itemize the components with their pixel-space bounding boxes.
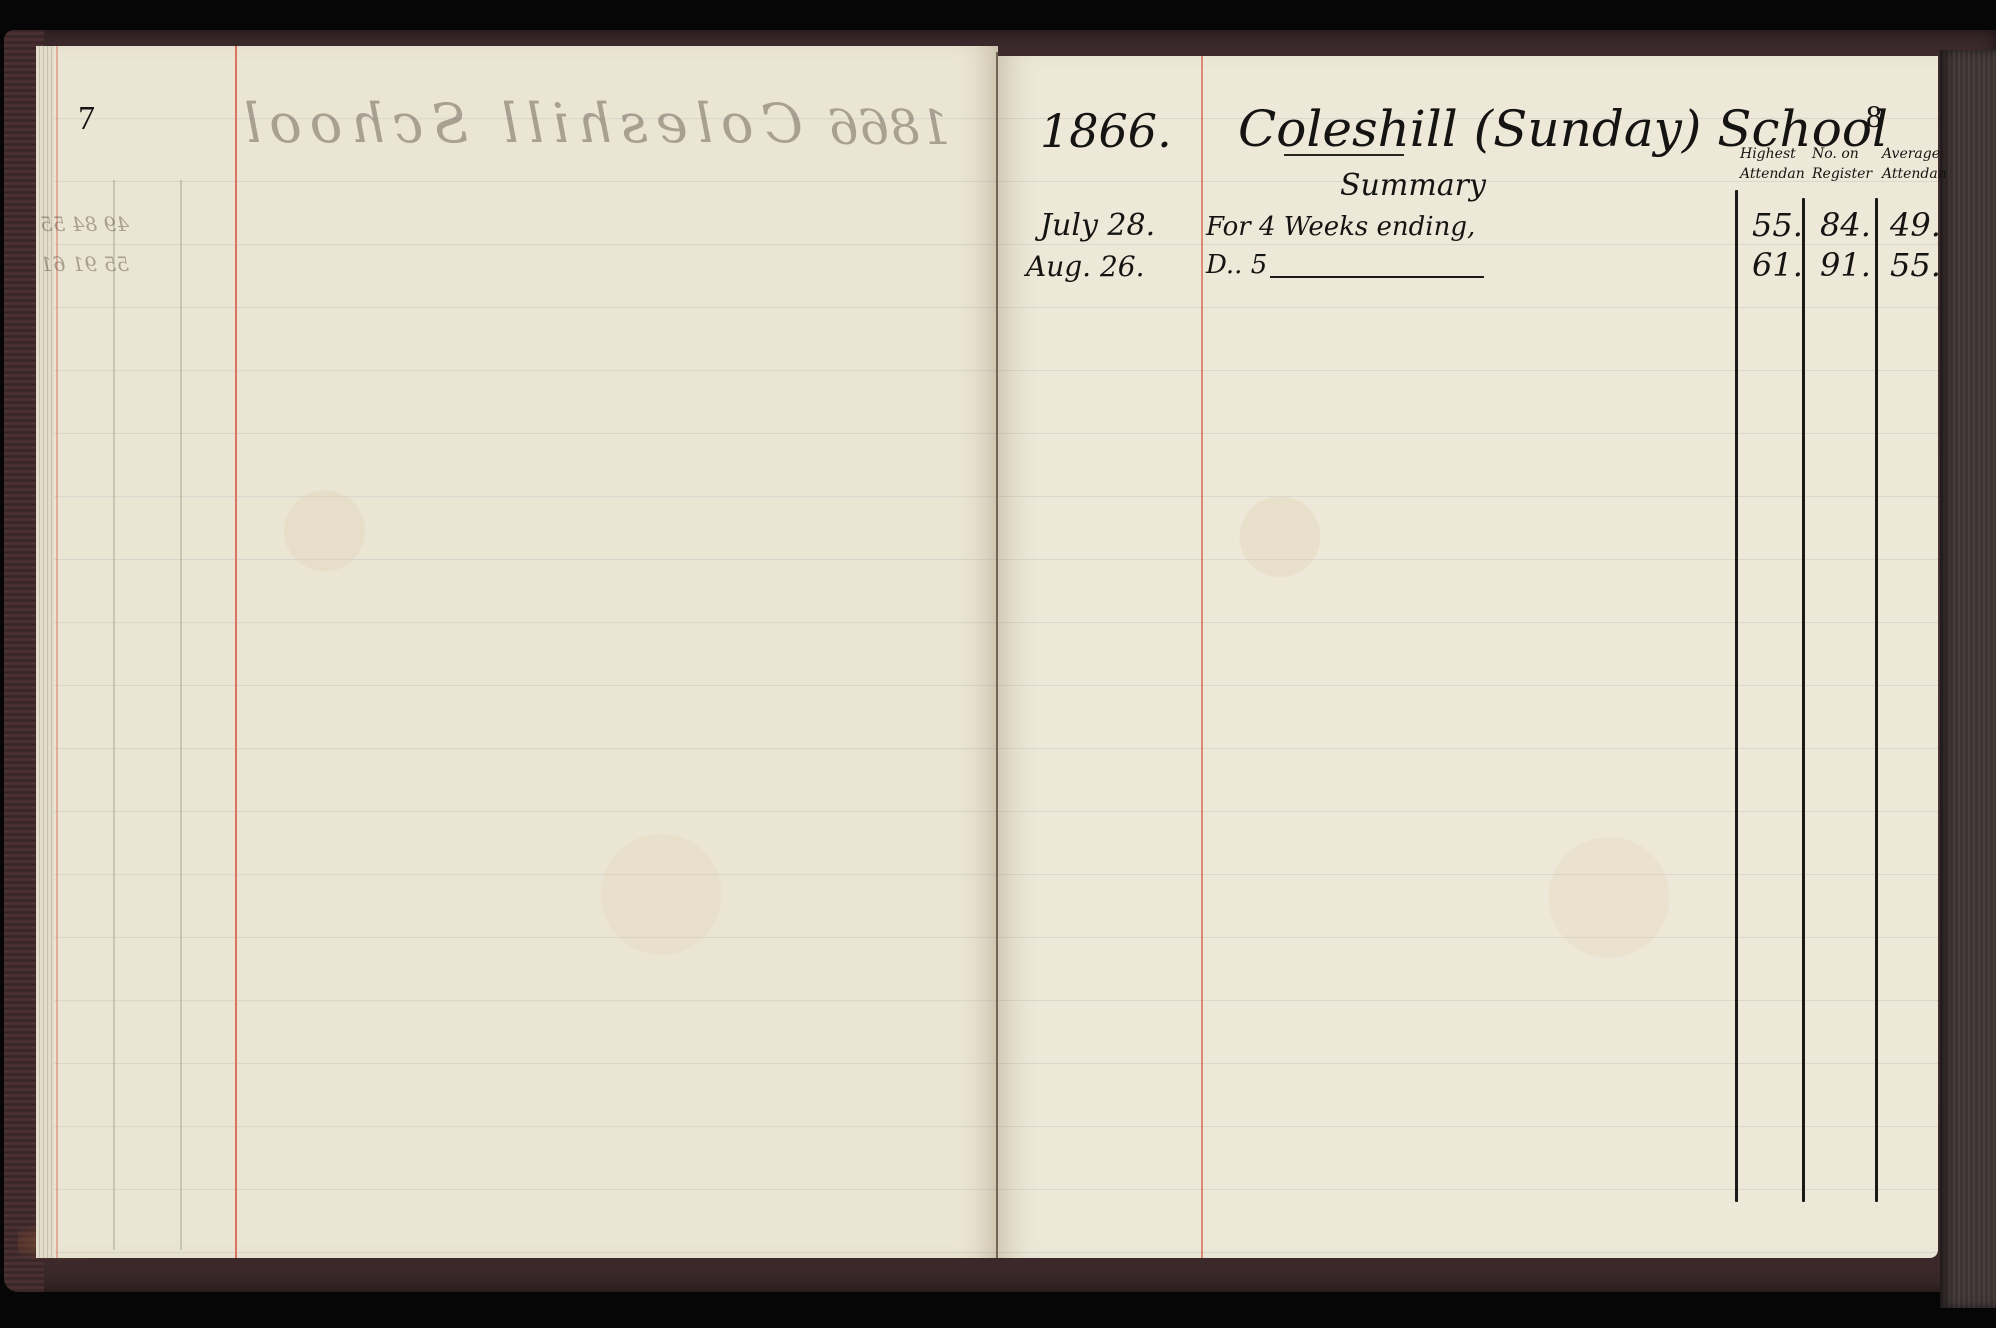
cover-right-edge xyxy=(1940,50,1996,1308)
book-gutter xyxy=(996,52,998,1258)
column-header-highest-line2: Attendan xyxy=(1740,166,1805,182)
column-header-average: Average Attendan xyxy=(1882,146,1947,182)
column-header-average-line2: Attendan xyxy=(1882,166,1947,182)
ghost-column-rule xyxy=(180,180,182,1250)
row-description: D.. 5 xyxy=(1206,250,1267,280)
row-highest-attendance: 55. xyxy=(1752,206,1803,244)
row-average-attendance: 55. xyxy=(1890,246,1941,284)
title-underline xyxy=(1284,154,1404,156)
row-description: For 4 Weeks ending, xyxy=(1206,212,1475,242)
column-header-highest-line1: Highest xyxy=(1740,146,1805,162)
ghost-column-rule xyxy=(113,180,115,1250)
row-average-attendance: 49. xyxy=(1890,206,1941,244)
bleed-through-year: 1866 xyxy=(828,100,950,156)
column-rule xyxy=(1875,198,1878,1202)
right-page-margin-rule xyxy=(1201,56,1203,1258)
bleed-through-numbers: 55 91 61 xyxy=(40,252,129,276)
column-rule xyxy=(1802,198,1805,1202)
row-highest-attendance: 61. xyxy=(1752,246,1803,284)
ditto-line xyxy=(1270,276,1484,278)
row-number-on-register: 84. xyxy=(1820,206,1871,244)
row-date: July 28. xyxy=(1040,208,1155,243)
column-header-average-line1: Average xyxy=(1882,146,1947,162)
left-page-number: 7 xyxy=(78,100,95,138)
ledger-year: 1866. xyxy=(1040,104,1172,158)
column-header-register: No. on Register xyxy=(1812,146,1872,182)
column-header-register-line2: Register xyxy=(1812,166,1872,182)
document-viewer: 7 1866 Coleshill School 49 84 55 55 91 6… xyxy=(0,0,1996,1328)
column-header-highest: Highest Attendan xyxy=(1740,146,1805,182)
column-rule xyxy=(1735,190,1738,1202)
bleed-through-numbers: 49 84 55 xyxy=(40,212,129,236)
column-header-register-line1: No. on xyxy=(1812,146,1872,162)
row-number-on-register: 91. xyxy=(1820,246,1871,284)
left-page-margin-rule xyxy=(235,46,237,1258)
bleed-through-title: Coleshill School xyxy=(236,92,803,155)
ledger-subtitle: Summary xyxy=(1340,168,1486,203)
row-date: Aug. 26. xyxy=(1026,250,1145,283)
